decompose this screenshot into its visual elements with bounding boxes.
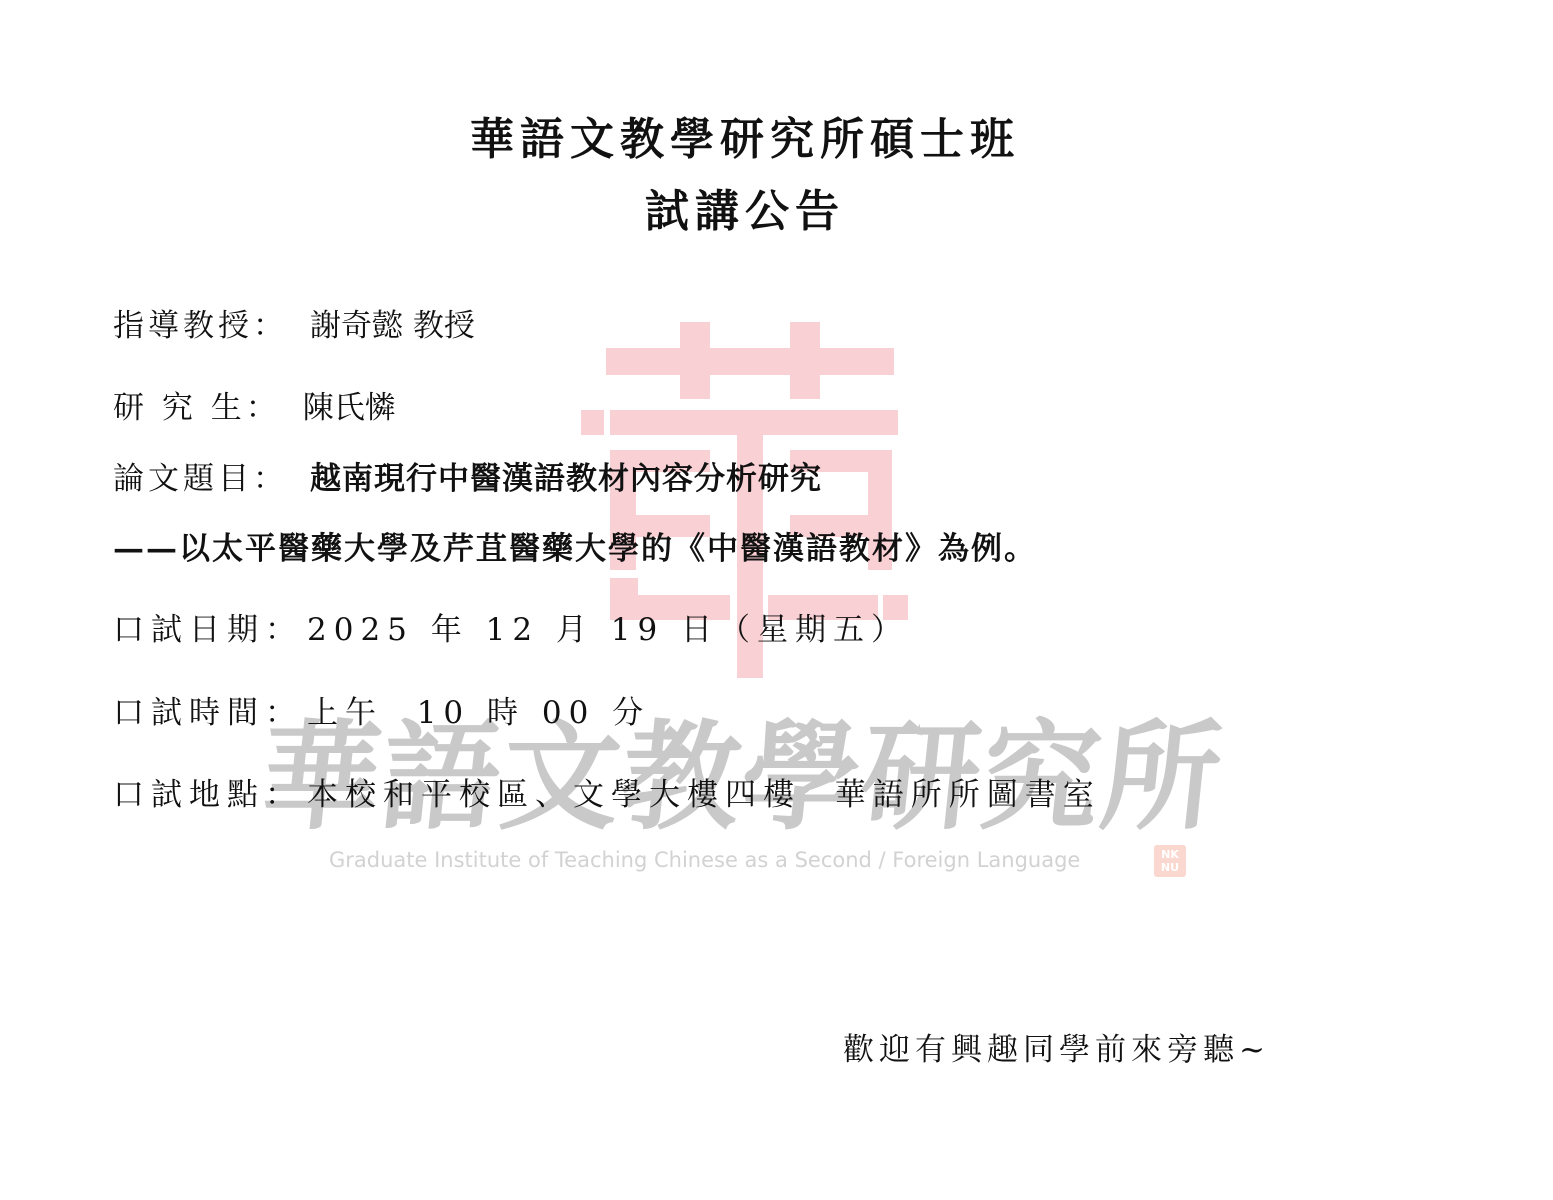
time-label: 口試時間： [113, 695, 303, 731]
location-row: 口試地點：本校和平校區、文學大樓四樓 華語所所圖書室 [113, 777, 1101, 814]
student-label: 研 究 生： [113, 390, 281, 426]
student-row: 研 究 生：陳氏憐 [113, 390, 396, 427]
location-label: 口試地點： [113, 777, 303, 813]
date-value: 2025 年 12 月 19 日（星期五） [307, 612, 909, 648]
date-row: 口試日期：2025 年 12 月 19 日（星期五） [113, 612, 909, 649]
page-subtitle: 試講公告 [0, 175, 1490, 239]
advisor-value: 謝奇懿 教授 [310, 308, 475, 344]
thesis-subtitle: ——以太平醫藥大學及芹苴醫藥大學的《中醫漢語教材》為例。 [113, 531, 1037, 568]
date-label: 口試日期： [113, 612, 303, 648]
closing-note: 歡迎有興趣同學前來旁聽~ [843, 1024, 1270, 1069]
page-title: 華語文教學研究所碩士班 [0, 103, 1490, 167]
time-value: 上午 10 時 00 分 [307, 695, 650, 731]
location-value: 本校和平校區、文學大樓四樓 華語所所圖書室 [307, 777, 1101, 813]
time-row: 口試時間：上午 10 時 00 分 [113, 695, 650, 732]
announcement: 華語文教學研究所碩士班 試講公告 指導教授：謝奇懿 教授 研 究 生：陳氏憐 論… [0, 0, 1553, 1200]
thesis-title: 越南現行中醫漢語教材內容分析研究 [310, 461, 822, 497]
thesis-row: 論文題目：越南現行中醫漢語教材內容分析研究 [113, 461, 822, 498]
advisor-label: 指導教授： [113, 308, 288, 344]
student-value: 陳氏憐 [303, 390, 396, 426]
thesis-label: 論文題目： [113, 461, 288, 497]
advisor-row: 指導教授：謝奇懿 教授 [113, 308, 475, 345]
